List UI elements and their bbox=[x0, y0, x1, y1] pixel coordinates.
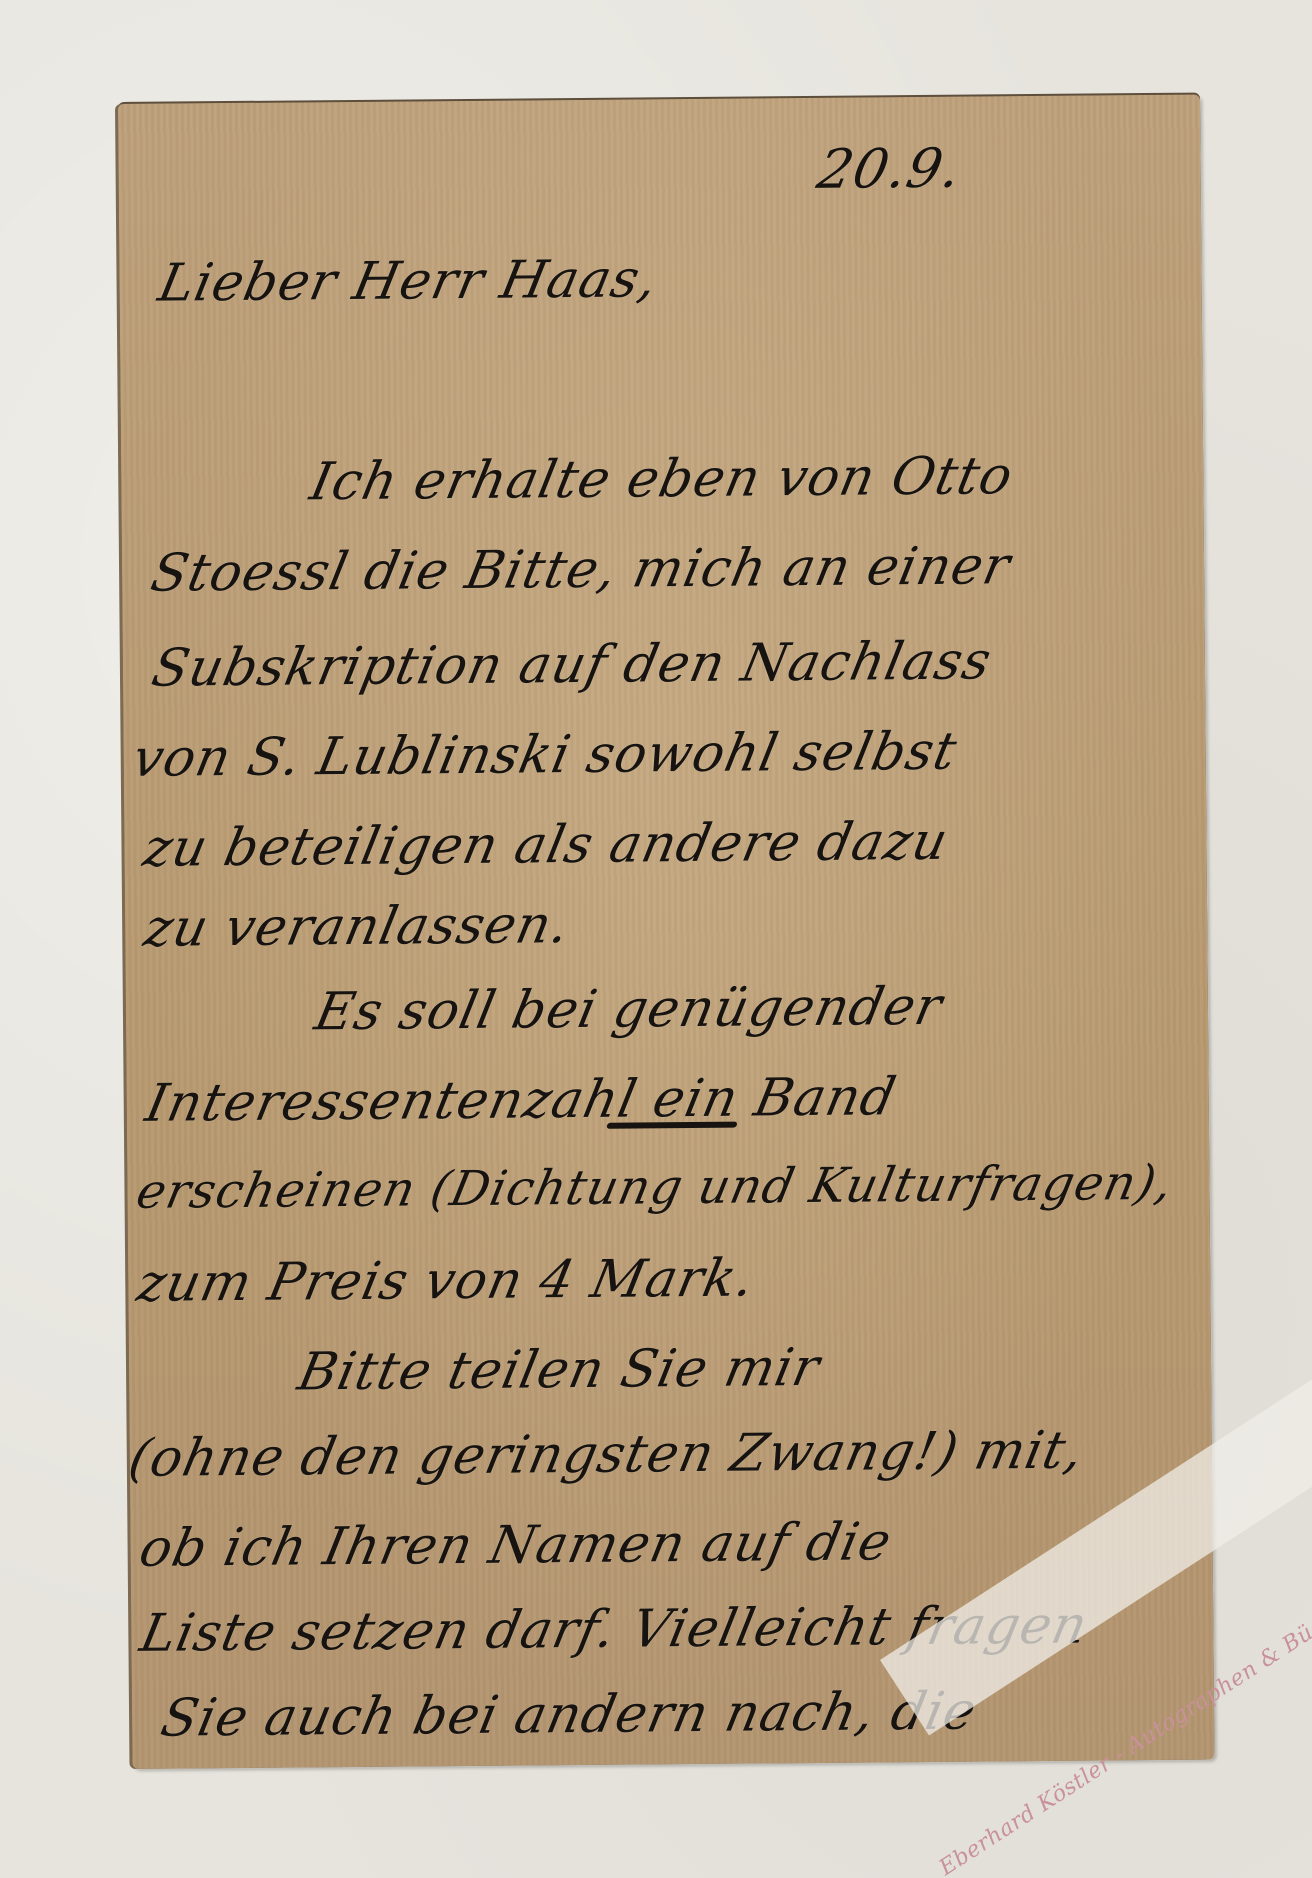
letter-line: Es soll bei genügender bbox=[310, 977, 948, 1043]
letter-line: Bitte teilen Sie mir bbox=[293, 1338, 825, 1403]
letter-line: zu beteiligen als andere dazu bbox=[138, 812, 953, 879]
letter-line: Ich erhalte eben von Otto bbox=[305, 446, 1018, 512]
salutation: Lieber Herr Haas, bbox=[153, 249, 663, 313]
letter-line: ob ich Ihren Namen auf die bbox=[134, 1512, 896, 1579]
letter-line: (ohne den geringsten Zwang!) mit, bbox=[124, 1421, 1089, 1489]
letter-line: zu veranlassen. bbox=[139, 895, 575, 959]
letter-line: Interessentenzahl ein Band bbox=[141, 1067, 902, 1134]
letter-line: zum Preis von 4 Mark. bbox=[132, 1248, 760, 1313]
letter-line: von S. Lublinski sowohl selbst bbox=[128, 722, 963, 789]
letter-date: 20.9. bbox=[812, 137, 967, 201]
letter-card: 20.9. Lieber Herr Haas, Ich erhalte eben… bbox=[118, 95, 1214, 1769]
letter-line: Sie auch bei andern nach, die bbox=[156, 1682, 982, 1749]
letter-line: erscheinen (Dichtung und Kulturfragen), bbox=[132, 1155, 1178, 1220]
letter-line: Subskription auf den Nachlass bbox=[147, 631, 997, 698]
letter-line: Stoessl die Bitte, mich an einer bbox=[146, 536, 1016, 604]
underline-mark bbox=[606, 1122, 737, 1129]
letter-line-text: Interessentenzahl ein Band bbox=[141, 1067, 902, 1134]
